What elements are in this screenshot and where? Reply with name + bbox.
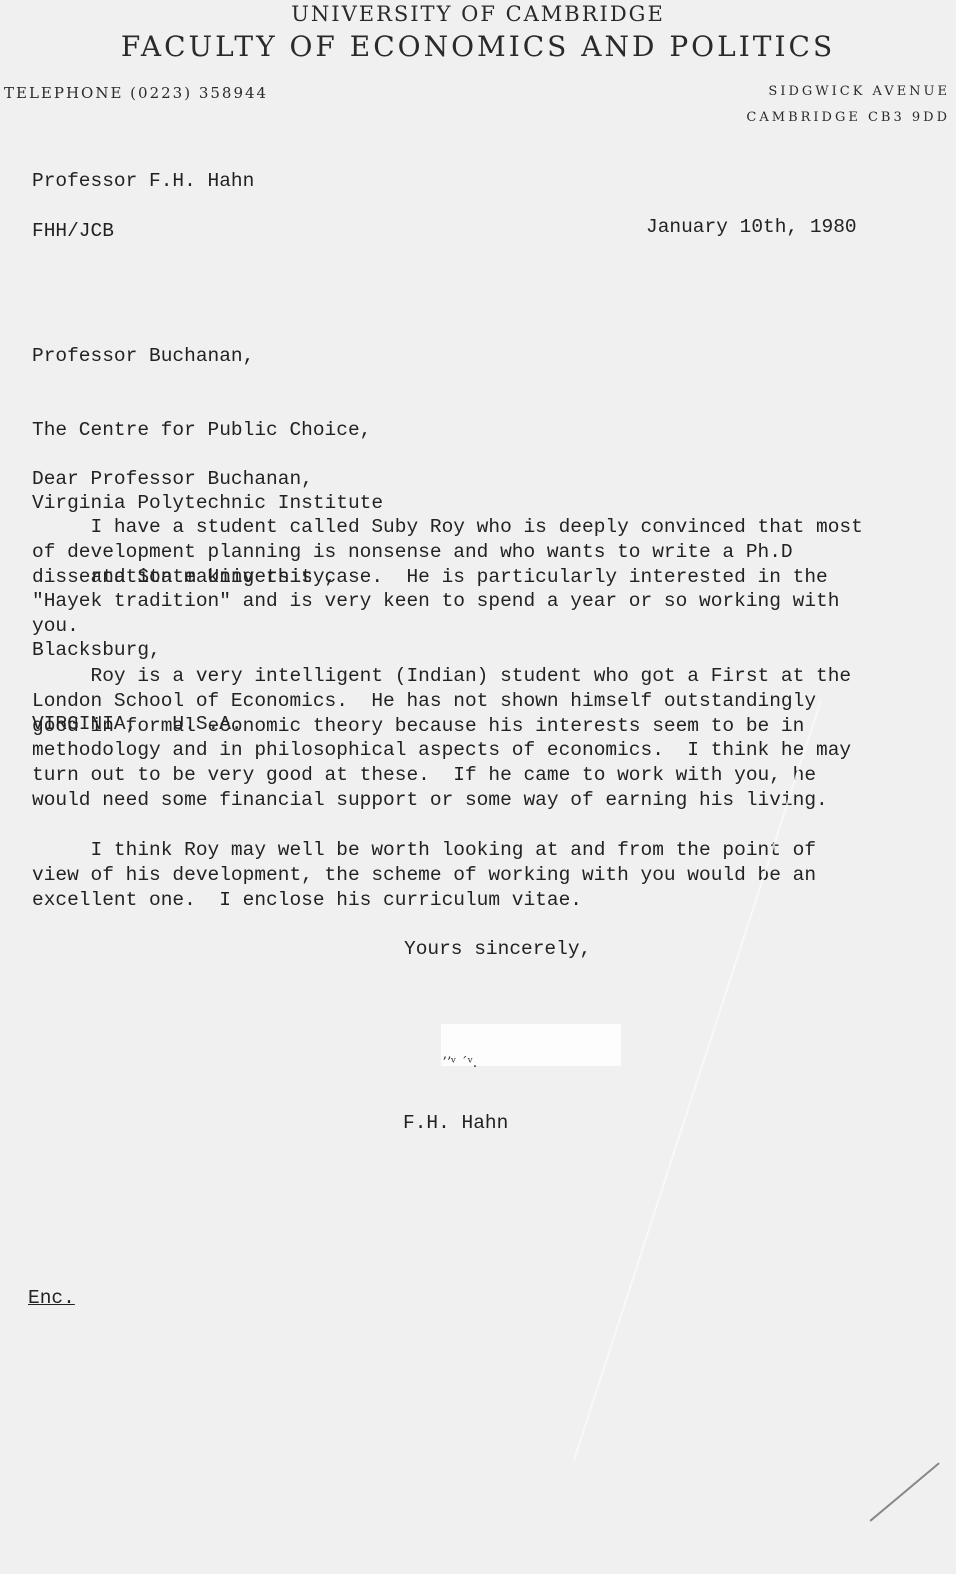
body-paragraph-3: I think Roy may well be worth looking at… bbox=[32, 838, 816, 912]
address-line: Virginia Polytechnic Institute bbox=[32, 491, 383, 516]
faculty-name: FACULTY OF ECONOMICS AND POLITICS bbox=[0, 30, 956, 63]
address-line: The Centre for Public Choice, bbox=[32, 418, 383, 443]
city-postcode: CAMBRIDGE CB3 9DD bbox=[746, 110, 950, 125]
signer-name: F.H. Hahn bbox=[403, 1112, 508, 1134]
body-paragraph-2: Roy is a very intelligent (Indian) stude… bbox=[32, 664, 851, 813]
paper-fold-line bbox=[573, 700, 822, 1461]
body-paragraph-1: I have a student called Suby Roy who is … bbox=[32, 515, 863, 639]
reference-code: FHH/JCB bbox=[32, 220, 114, 242]
address-line: Blacksburg, bbox=[32, 638, 383, 663]
closing: Yours sincerely, bbox=[404, 938, 591, 960]
institution-name: UNIVERSITY OF CAMBRIDGE bbox=[0, 2, 956, 26]
enclosure-note: Enc. bbox=[28, 1287, 75, 1309]
address-line: Professor Buchanan, bbox=[32, 344, 383, 369]
letter-date: January 10th, 1980 bbox=[646, 216, 857, 238]
corner-crease bbox=[870, 1462, 940, 1521]
sender-name: Professor F.H. Hahn bbox=[32, 170, 254, 192]
salutation: Dear Professor Buchanan, bbox=[32, 468, 313, 490]
signature-fragment: ʼʼᵛ ´ᵛ. bbox=[442, 1055, 477, 1071]
telephone-number: TELEPHONE (0223) 358944 bbox=[4, 84, 268, 102]
street-address: SIDGWICK AVENUE bbox=[768, 84, 950, 99]
